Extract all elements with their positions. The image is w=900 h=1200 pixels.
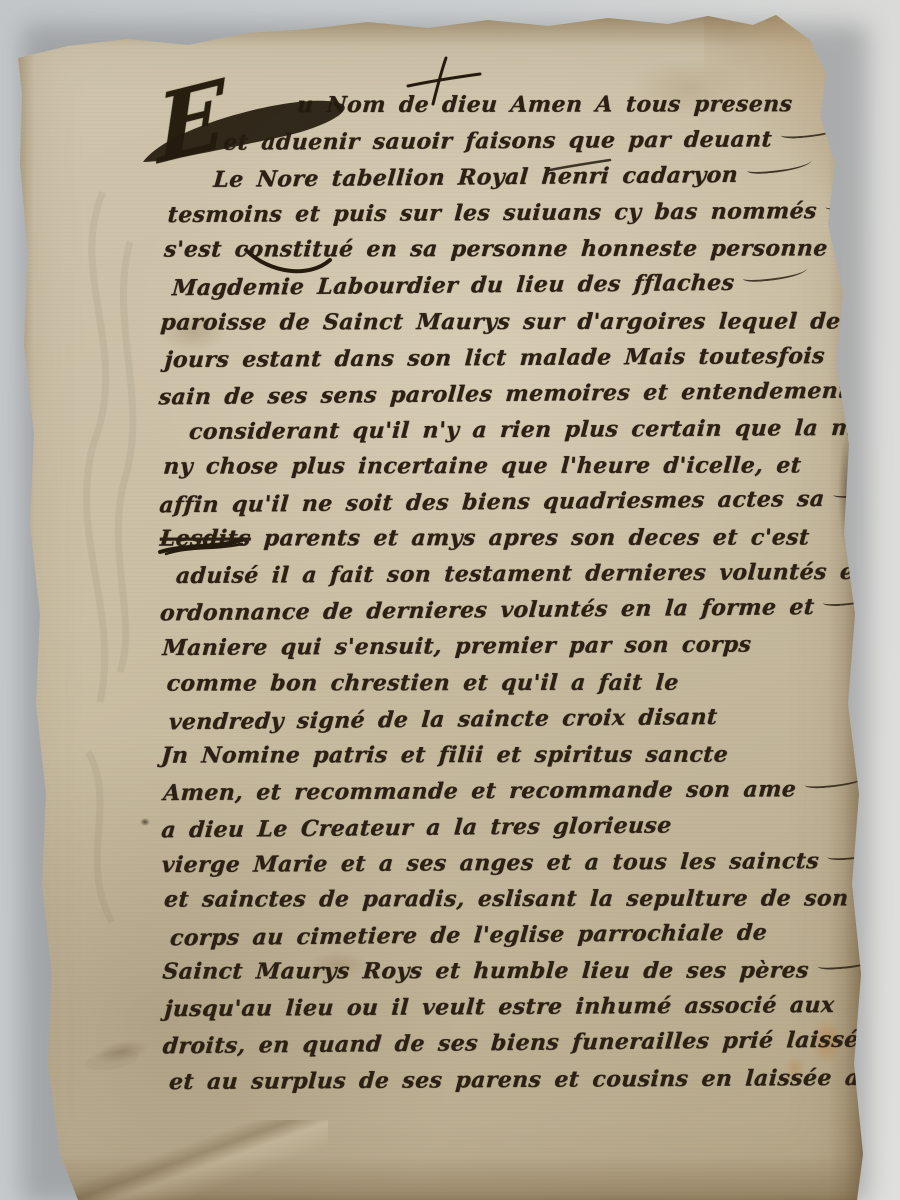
manuscript-line: paroisse de Sainct Maurys sur d'argoires… bbox=[159, 304, 859, 341]
manuscript-line: u Nom de dieu Amen A tous presens bbox=[296, 87, 858, 124]
manuscript-line: ny chose plus incertaine que l'heure d'i… bbox=[162, 448, 860, 485]
manuscript-page: E u Nom de dieu Amen A tous presenset ad… bbox=[8, 12, 864, 1200]
line-text: et au surplus de ses parens et cousins e… bbox=[168, 1064, 897, 1094]
manuscript-line: Lesdits parents et amys apres son deces … bbox=[159, 521, 861, 558]
line-text: ny chose plus incertaine que l'heure d'i… bbox=[163, 452, 803, 479]
manuscript-line: corps au cimetiere de l'eglise parrochia… bbox=[169, 915, 864, 958]
line-text: jours estant dans son lict malade Mais t… bbox=[164, 343, 826, 373]
manuscript-line: et sainctes de paradis, eslisant la sepu… bbox=[163, 881, 863, 918]
line-text: vendredy signé de la saincte croix disan… bbox=[168, 704, 719, 735]
stain-smudge-3 bbox=[93, 1037, 150, 1068]
line-text: parents et amys apres son deces et c'est bbox=[263, 525, 811, 552]
manuscript-line: Sainct Maurys Roys et humble lieu de ses… bbox=[161, 954, 863, 991]
line-text: jusqu'au lieu ou il veult estre inhumé a… bbox=[164, 992, 836, 1022]
line-text: ordonnance de dernieres voluntés en la f… bbox=[159, 594, 815, 626]
manuscript-line: a dieu Le Createur a la tres glorieuse bbox=[160, 807, 863, 850]
manuscript-line: Amen, et recommande et recommande son am… bbox=[162, 772, 862, 812]
line-text: comme bon chrestien et qu'il a fait le bbox=[166, 669, 680, 696]
manuscript-line: vendredy signé de la saincte croix disan… bbox=[167, 698, 862, 741]
line-text: tesmoins et puis sur les suiuans cy bas … bbox=[167, 198, 818, 228]
manuscript-line: sain de ses sens parolles memoires et en… bbox=[157, 373, 860, 416]
manuscript-line: Maniere qui s'ensuit, premier par son co… bbox=[161, 627, 861, 667]
line-text: a dieu Le Createur a la tres glorieuse bbox=[160, 812, 672, 843]
photo-backdrop: E u Nom de dieu Amen A tous presenset ad… bbox=[0, 0, 900, 1200]
line-text: affin qu'il ne soit des biens quadriesme… bbox=[158, 486, 825, 518]
line-text: corps au cimetiere de l'eglise parrochia… bbox=[169, 920, 768, 952]
line-text: vierge Marie et a ses anges et a tous le… bbox=[161, 848, 820, 878]
line-text: Le Nore tabellion Royal henri cadaryon bbox=[212, 162, 739, 193]
manuscript-line: comme bon chrestien et qu'il a fait le bbox=[165, 665, 861, 702]
manuscript-line: considerant qu'il n'y a rien plus certai… bbox=[188, 411, 860, 451]
line-text: et aduenir sauoir faisons que par deuant bbox=[222, 126, 773, 155]
manuscript-text: u Nom de dieu Amen A tous presenset adue… bbox=[157, 86, 863, 1101]
ink-spot bbox=[140, 818, 150, 826]
line-text: s'est constitué en sa personne honneste … bbox=[163, 236, 828, 263]
manuscript-line: jours estant dans son lict malade Mais t… bbox=[163, 339, 859, 379]
manuscript-line: s'est constitué en sa personne honneste … bbox=[163, 232, 859, 269]
manuscript-line: jusqu'au lieu ou il veult estre inhumé a… bbox=[163, 988, 863, 1028]
line-text: u Nom de dieu Amen A tous presens bbox=[296, 91, 793, 118]
manuscript-line: aduisé il a fait son testament dernieres… bbox=[175, 555, 861, 595]
line-text: considerant qu'il n'y a rien plus certai… bbox=[188, 414, 893, 444]
manuscript-line: tesmoins et puis sur les suiuans cy bas … bbox=[167, 194, 859, 234]
line-text: paroisse de Sainct Maurys sur d'argoires… bbox=[160, 308, 855, 335]
manuscript-line: et au surplus de ses parens et cousins e… bbox=[168, 1060, 864, 1100]
manuscript-line: affin qu'il ne soit des biens quadriesme… bbox=[158, 482, 861, 525]
line-text: et sainctes de paradis, eslisant la sepu… bbox=[163, 885, 849, 912]
struck-word: Lesdits bbox=[159, 526, 252, 552]
manuscript-line: Magdemie Labourdier du lieu des fflaches bbox=[171, 265, 860, 308]
manuscript-line: Jn Nomine patris et filii et spiritus sa… bbox=[160, 737, 862, 774]
manuscript-line: droits, en quand de ses biens funeraille… bbox=[161, 1023, 864, 1066]
line-text: Amen, et recommande et recommande son am… bbox=[162, 776, 797, 806]
manuscript-line: Le Nore tabellion Royal henri cadaryon bbox=[212, 157, 859, 199]
manuscript-line: ordonnance de dernieres voluntés en la f… bbox=[159, 590, 862, 633]
line-text: sain de ses sens parolles memoires et en… bbox=[158, 377, 850, 410]
fold-crease-bottomleft bbox=[38, 1120, 328, 1200]
line-text: Sainct Maurys Roys et humble lieu de ses… bbox=[162, 958, 810, 985]
line-text: droits, en quand de ses biens funeraille… bbox=[162, 1027, 860, 1060]
line-text: Jn Nomine patris et filii et spiritus sa… bbox=[160, 741, 729, 768]
line-text: Magdemie Labourdier du lieu des fflaches bbox=[171, 270, 735, 301]
line-text: aduisé il a fait son testament dernieres… bbox=[175, 559, 866, 589]
manuscript-line: et aduenir sauoir faisons que par deuant bbox=[222, 122, 858, 162]
line-text: Maniere qui s'ensuit, premier par son co… bbox=[162, 632, 753, 662]
manuscript-line: vierge Marie et a ses anges et a tous le… bbox=[161, 844, 863, 884]
